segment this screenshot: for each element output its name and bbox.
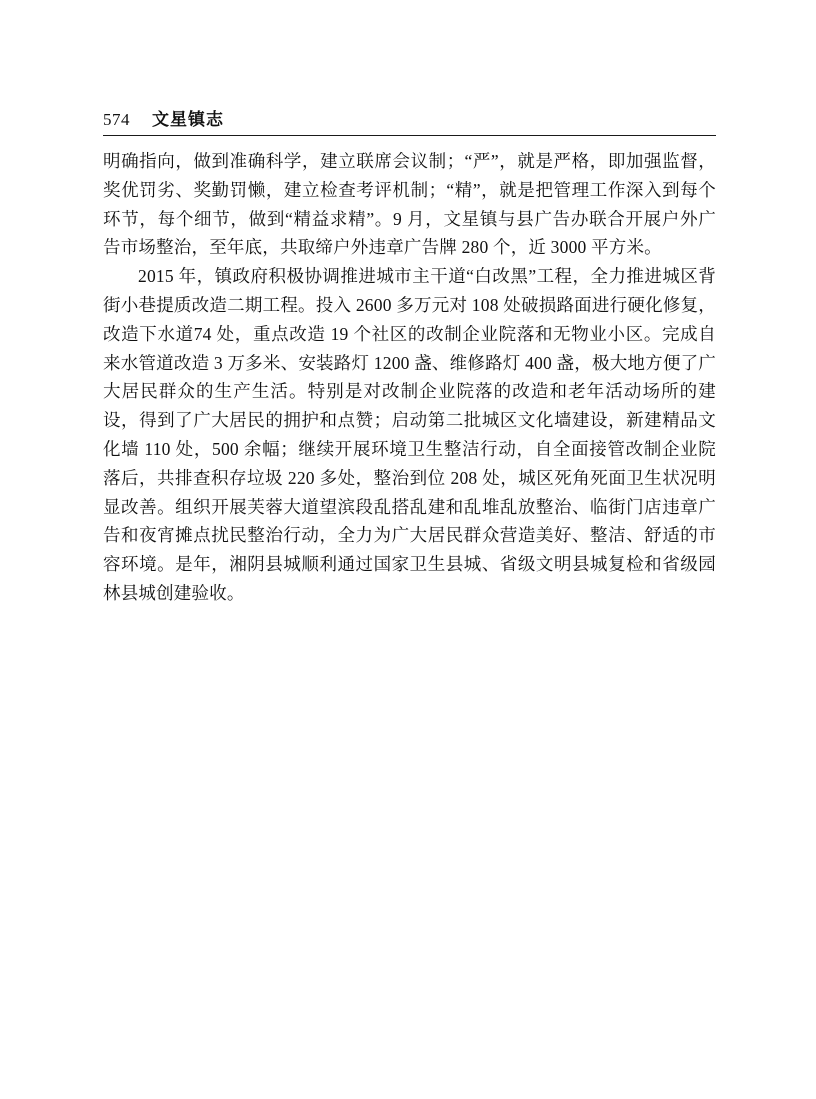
book-title: 文星镇志 [152,110,224,130]
page-number: 574 [103,110,130,130]
paragraph-1: 明确指向，做到准确科学，建立联席会议制；“严”，就是严格，即加强监督，奖优罚劣、… [103,147,716,262]
book-page: 574 文星镇志 明确指向，做到准确科学，建立联席会议制；“严”，就是严格，即加… [0,0,816,1099]
paragraph-2: 2015 年，镇政府积极协调推进城市主干道“白改黑”工程，全力推进城区背街小巷提… [103,262,716,608]
content-column: 574 文星镇志 明确指向，做到准确科学，建立联席会议制；“严”，就是严格，即加… [103,110,716,608]
running-header: 574 文星镇志 [103,110,716,136]
body-text: 明确指向，做到准确科学，建立联席会议制；“严”，就是严格，即加强监督，奖优罚劣、… [103,147,716,608]
